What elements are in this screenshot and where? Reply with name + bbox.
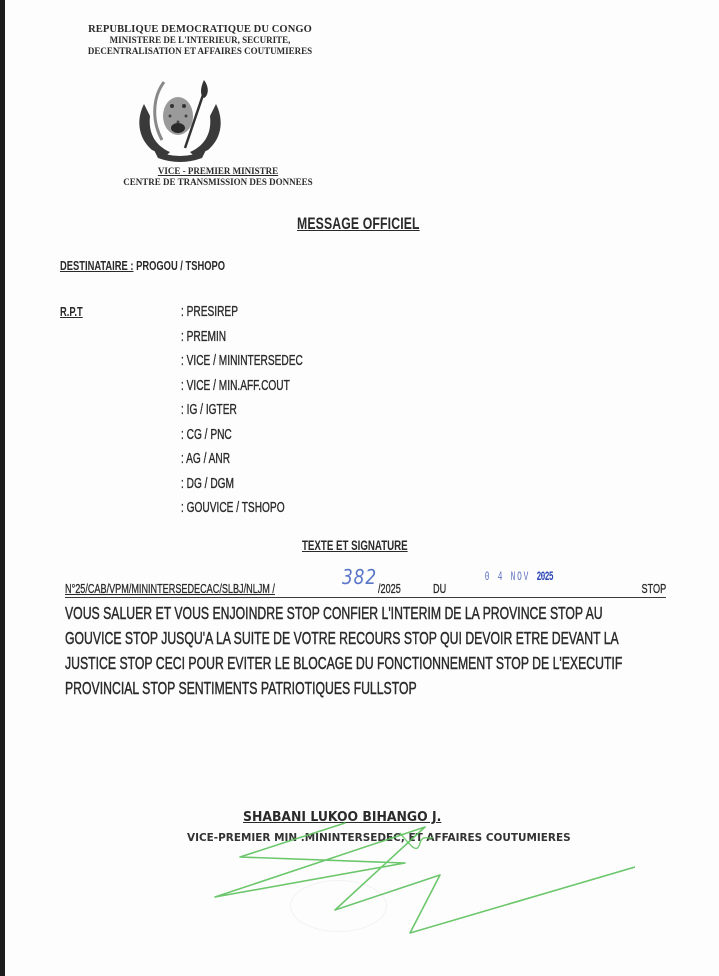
destinataire-row: DESTINATAIRE : PROGOU / TSHOPO	[60, 258, 225, 273]
section-title: TEXTE ET SIGNATURE	[302, 538, 408, 553]
body-line: GOUVICE STOP JUSQU'A LA SUITE DE VOTRE R…	[65, 626, 667, 651]
centre-transmission: CENTRE DE TRANSMISSION DES DONNEES	[103, 177, 333, 188]
rpt-item: : IG / IGTER	[181, 402, 303, 427]
reference-prefix: N°25/CAB/VPM/MININTERSEDECAC/SLBJ/NLJM /	[65, 581, 275, 596]
destinataire-label: DESTINATAIRE :	[60, 258, 133, 273]
document-page: REPUBLIQUE DEMOCRATIQUE DU CONGO MINISTE…	[5, 0, 719, 976]
faint-seal	[290, 880, 387, 932]
destinataire-value: PROGOU / TSHOPO	[136, 258, 225, 273]
rpt-item: : VICE / MININTERSEDEC	[181, 353, 303, 378]
rpt-item: : AG / ANR	[181, 451, 303, 476]
document-title: MESSAGE OFFICIEL	[297, 214, 420, 234]
rpt-item: : PRESIREP	[181, 304, 303, 329]
reference-line: N°25/CAB/VPM/MININTERSEDECAC/SLBJ/NLJM /…	[65, 567, 666, 598]
reference-year: /2025	[378, 581, 401, 596]
letterhead-country: REPUBLIQUE DEMOCRATIQUE DU CONGO	[65, 24, 335, 35]
letterhead: REPUBLIQUE DEMOCRATIQUE DU CONGO MINISTE…	[65, 24, 335, 57]
rpt-item: : CG / PNC	[181, 427, 303, 452]
signatory-title: VICE-PREMIER MIN .MININTERSEDEC, ET AFFA…	[187, 831, 571, 844]
rpt-list: : PRESIREP : PREMIN : VICE / MININTERSED…	[181, 304, 355, 525]
date-stamp-day-month: 0 4 NOV	[485, 569, 530, 584]
signatory-name: SHABANI LUKOO BIHANGO J.	[243, 809, 441, 825]
letterhead-ministry-cont: DECENTRALISATION ET AFFAIRES COUTUMIERES	[65, 46, 335, 57]
letterhead-ministry: MINISTERE DE L'INTERIEUR, SECURITE,	[65, 35, 335, 46]
rpt-item: : VICE / MIN.AFF.COUT	[181, 378, 303, 403]
coat-of-arms-icon	[130, 76, 230, 162]
ministry-block: VICE - PREMIER MINISTRE CENTRE DE TRANSM…	[103, 166, 333, 188]
rpt-item: : PREMIN	[181, 329, 303, 354]
reference-stop: STOP	[641, 581, 666, 596]
vice-premier-ministre: VICE - PREMIER MINISTRE	[103, 166, 333, 177]
date-stamp: 0 4 NOV 2025	[485, 569, 553, 584]
body-line: JUSTICE STOP CECI POUR EVITER LE BLOCAGE…	[65, 651, 667, 676]
rpt-label: R.P.T	[60, 304, 83, 319]
date-stamp-year: 2025	[537, 569, 553, 584]
body-line: VOUS SALUER ET VOUS ENJOINDRE STOP CONFI…	[65, 601, 667, 626]
rpt-item: : DG / DGM	[181, 476, 303, 501]
rpt-item: : GOUVICE / TSHOPO	[181, 500, 303, 525]
reference-du: DU	[433, 581, 446, 596]
body-line: PROVINCIAL STOP SENTIMENTS PATRIOTIQUES …	[65, 676, 667, 701]
handwritten-reference-number: 382	[342, 565, 377, 589]
message-body: VOUS SALUER ET VOUS ENJOINDRE STOP CONFI…	[65, 601, 667, 701]
